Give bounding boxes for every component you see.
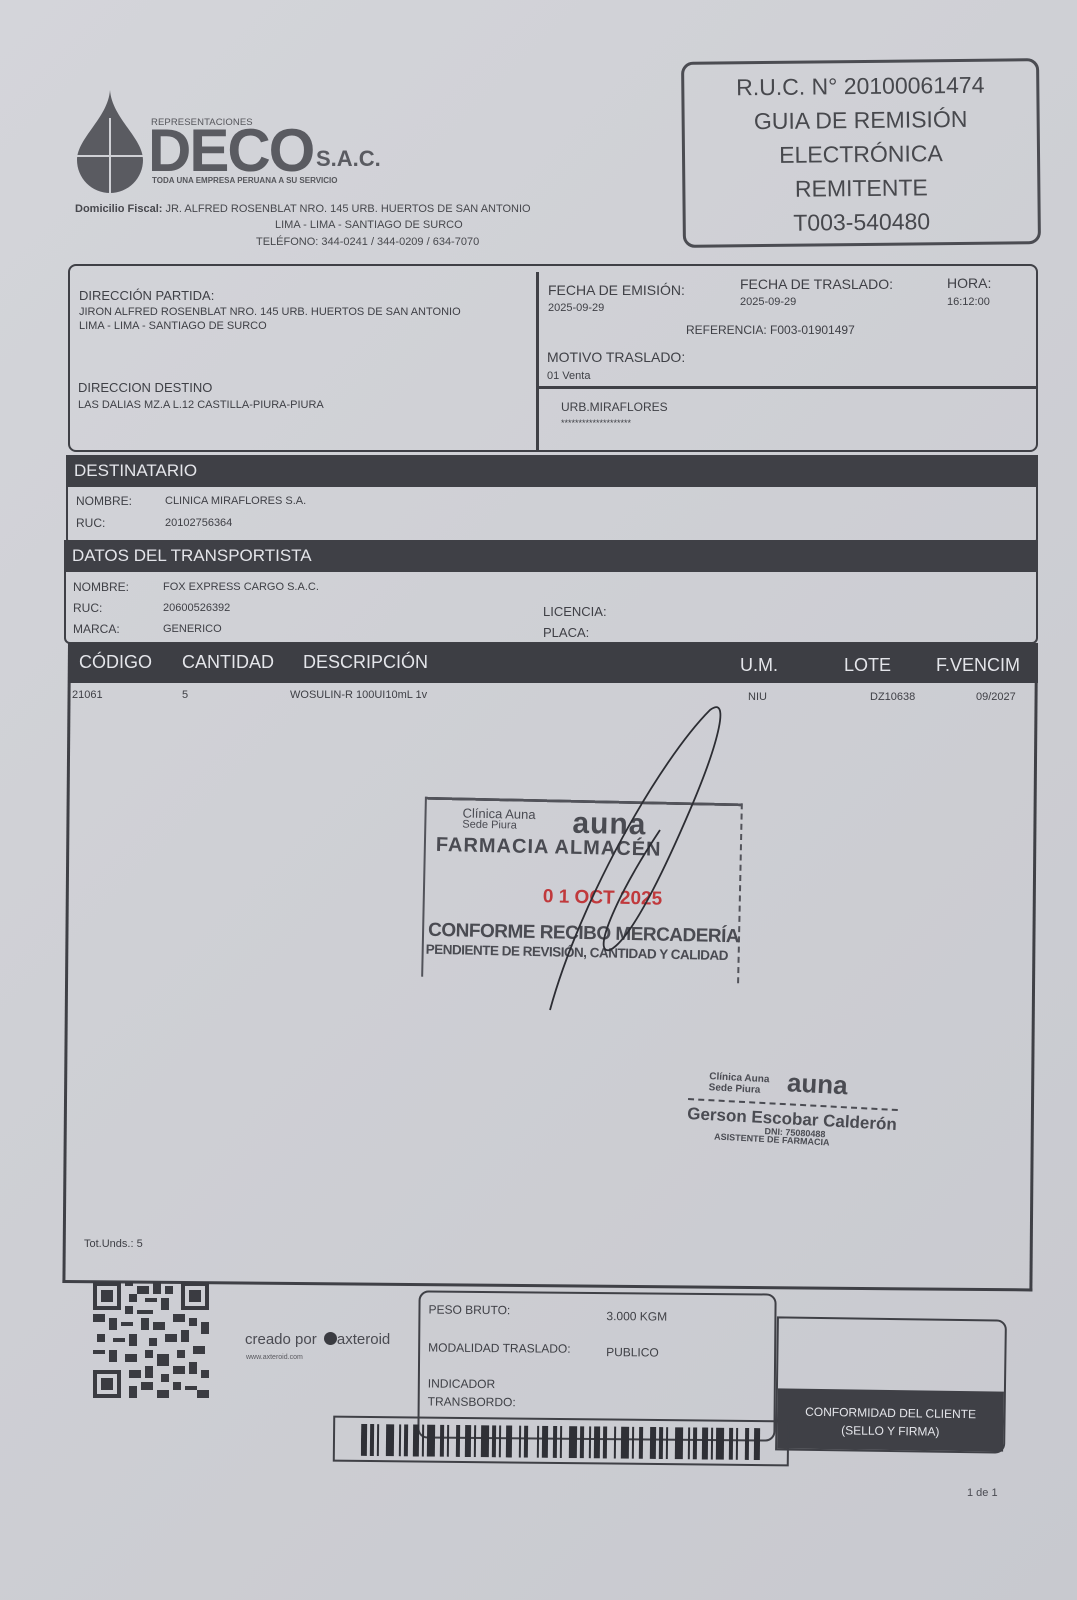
col-desc: DESCRIPCIÓN	[303, 652, 428, 673]
transship-label-1: INDICADOR	[428, 1377, 495, 1392]
weight-value: 3.000 KGM	[606, 1309, 667, 1324]
creator-url: www.axteroid.com	[246, 1354, 303, 1361]
barcode	[333, 1416, 789, 1467]
cell-um: NIU	[748, 691, 767, 703]
client-conformity-box: CONFORMIDAD DEL CLIENTE (SELLO Y FIRMA)	[775, 1316, 1007, 1453]
company-phone: TELÉFONO: 344-0241 / 344-0209 / 634-7070	[256, 236, 479, 248]
carrier-section: DATOS DEL TRANSPORTISTA NOMBRE: FOX EXPR…	[64, 540, 1038, 644]
reason-label: MOTIVO TRASLADO:	[547, 349, 685, 365]
col-exp: F.VENCIM	[936, 655, 1020, 676]
col-lot: LOTE	[844, 655, 891, 676]
creator-credit: creado por axteroid	[245, 1331, 390, 1348]
carrier-title: DATOS DEL TRANSPORTISTA	[64, 540, 1038, 572]
conformity-line2: (SELLO Y FIRMA)	[777, 1420, 1003, 1441]
col-um: U.M.	[740, 655, 778, 676]
masked-value: ********************	[561, 418, 631, 428]
document-id-box: R.U.C. N° 20100061474 GUIA DE REMISIÓN E…	[681, 58, 1041, 248]
divider	[536, 272, 539, 452]
cell-code: 21061	[72, 689, 103, 701]
sig-brand: auna	[786, 1067, 848, 1101]
fiscal-line1: JR. ALFRED ROSENBLAT NRO. 145 URB. HUERT…	[165, 203, 530, 215]
total-units: Tot.Unds.: 5	[84, 1238, 143, 1250]
doc-type-1: GUIA DE REMISIÓN	[684, 101, 1036, 139]
plate-label: PLACA:	[543, 625, 589, 640]
stamp-site: Sede Piura	[462, 818, 517, 831]
origin-label: DIRECCIÓN PARTIDA:	[79, 288, 214, 303]
recipient-ruc-label: RUC:	[76, 516, 105, 530]
axteroid-logo-icon	[324, 1332, 337, 1345]
destination-label: DIRECCION DESTINO	[78, 380, 212, 395]
qr-code-icon	[93, 1280, 209, 1400]
urb-value: URB.MIRAFLORES	[561, 400, 668, 414]
cell-exp: 09/2027	[976, 691, 1016, 703]
cell-desc: WOSULIN-R 100UI10mL 1v	[290, 689, 427, 701]
recipient-name: CLINICA MIRAFLORES S.A.	[165, 495, 306, 507]
conformity-label: CONFORMIDAD DEL CLIENTE (SELLO Y FIRMA)	[777, 1388, 1004, 1451]
issue-date-label: FECHA DE EMISIÓN:	[548, 282, 685, 298]
recipient-name-label: NOMBRE:	[76, 494, 132, 508]
time-label: HORA:	[947, 275, 991, 291]
carrier-name: FOX EXPRESS CARGO S.A.C.	[163, 581, 319, 593]
recipient-section: DESTINATARIO NOMBRE: CLINICA MIRAFLORES …	[66, 455, 1038, 545]
company-suffix: S.A.C.	[316, 146, 381, 172]
carrier-brand: GENERICO	[163, 623, 222, 635]
mode-label: MODALIDAD TRASLADO:	[428, 1341, 571, 1356]
weight-label: PESO BRUTO:	[428, 1303, 510, 1318]
transship-label-2: TRANSBORDO:	[428, 1395, 516, 1410]
carrier-brand-label: MARCA:	[73, 622, 120, 636]
carrier-ruc: 20600526392	[163, 602, 230, 614]
doc-type-3: REMITENTE	[685, 169, 1037, 207]
handwritten-signature-icon	[540, 700, 740, 1020]
cell-lot: DZ10638	[870, 691, 915, 703]
carrier-name-label: NOMBRE:	[73, 580, 129, 594]
deco-logo-icon	[75, 88, 145, 193]
transfer-date: 2025-09-29	[740, 296, 796, 308]
cell-qty: 5	[182, 689, 188, 701]
col-code: CÓDIGO	[79, 652, 152, 673]
reason-value: 01 Venta	[547, 370, 590, 382]
creator-label: creado por	[245, 1331, 317, 1348]
license-label: LICENCIA:	[543, 604, 607, 619]
transfer-date-label: FECHA DE TRASLADO:	[740, 276, 893, 292]
recipient-title: DESTINATARIO	[66, 455, 1038, 487]
col-qty: CANTIDAD	[182, 652, 274, 673]
company-name: DECO	[148, 120, 313, 182]
fiscal-label: Domicilio Fiscal:	[75, 203, 162, 215]
ruc-number: R.U.C. N° 20100061474	[684, 67, 1036, 105]
mode-value: PUBLICO	[606, 1345, 659, 1359]
page-number: 1 de 1	[967, 1487, 998, 1499]
barcode-icon	[361, 1424, 761, 1460]
destination-value: LAS DALIAS MZ.A L.12 CASTILLA-PIURA-PIUR…	[78, 399, 324, 411]
carrier-ruc-label: RUC:	[73, 601, 102, 615]
reference: REFERENCIA: F003-01901497	[686, 323, 855, 337]
creator-brand: axteroid	[337, 1331, 390, 1348]
recipient-ruc: 20102756364	[165, 517, 232, 529]
issue-date: 2025-09-29	[548, 302, 604, 314]
items-header: CÓDIGO CANTIDAD DESCRIPCIÓN U.M. LOTE F.…	[68, 643, 1038, 683]
company-tagline: TODA UNA EMPRESA PERUANA A SU SERVICIO	[152, 176, 338, 185]
doc-number: T003-540480	[686, 203, 1038, 241]
conformity-line1: CONFORMIDAD DEL CLIENTE	[777, 1402, 1003, 1423]
divider	[538, 386, 1036, 389]
doc-type-2: ELECTRÓNICA	[685, 135, 1037, 173]
fiscal-line2: LIMA - LIMA - SANTIAGO DE SURCO	[275, 219, 463, 231]
time-value: 16:12:00	[947, 296, 990, 308]
fiscal-address: Domicilio Fiscal: JR. ALFRED ROSENBLAT N…	[75, 203, 531, 215]
origin-line1: JIRON ALFRED ROSENBLAT NRO. 145 URB. HUE…	[79, 306, 461, 318]
origin-line2: LIMA - LIMA - SANTIAGO DE SURCO	[79, 320, 267, 332]
